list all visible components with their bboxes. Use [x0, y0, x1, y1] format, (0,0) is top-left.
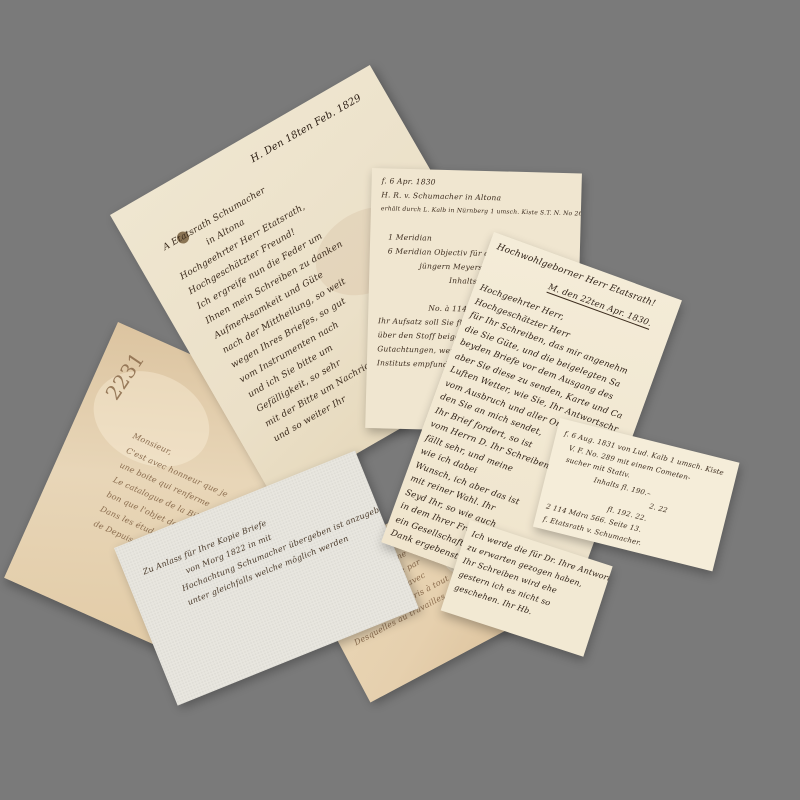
archive-number: 2231	[100, 348, 149, 404]
document-collection-photo: 2231 Monsieur, C'est avec honneur que je…	[0, 0, 800, 800]
